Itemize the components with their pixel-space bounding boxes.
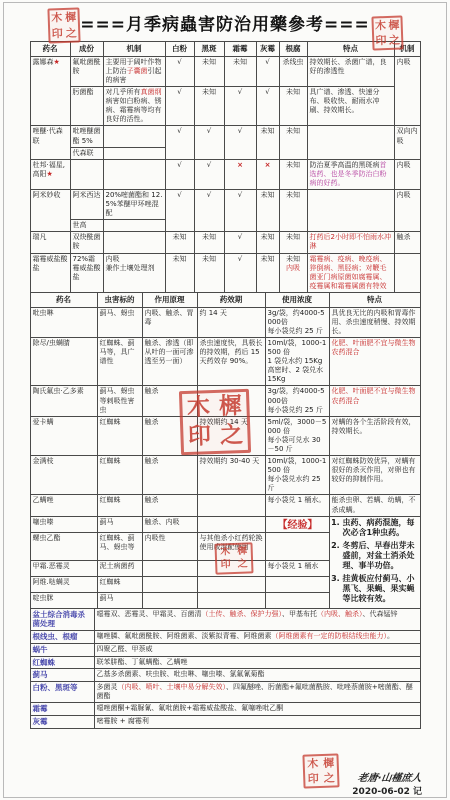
disease-header-cell: 机制 bbox=[103, 42, 165, 57]
disease-cell: 未知 bbox=[256, 232, 279, 253]
seal-character: 木 bbox=[304, 756, 321, 772]
text-segment: 多菌灵 bbox=[97, 683, 118, 691]
disease-cell: 霜霉病、疫病、晚疫病、猝倒病、黑胫病；对鞭毛菌亚门病原菌如腐霉属、疫霉属和霜霉属… bbox=[307, 253, 394, 292]
seal-character: 樨 bbox=[387, 18, 401, 33]
text-segment: 、甲基布托 bbox=[282, 610, 317, 618]
disease-cell bbox=[70, 159, 103, 189]
disease-cell bbox=[103, 220, 165, 232]
disease-cell bbox=[307, 126, 394, 159]
text-segment: 噁霉双、恶霉灵、甲霜灵、百菌清 bbox=[97, 610, 202, 618]
text-segment: （土传、触杀、保护力强） bbox=[202, 610, 283, 618]
disease-cell bbox=[307, 189, 394, 231]
disease-cell: 内吸 兼作土壤处理剂 bbox=[103, 253, 165, 292]
text-segment: 联苯肼酯、丁氟螨酯、乙螨唑 bbox=[97, 658, 188, 666]
text-segment: （阿维菌素有一定的防根结线虫能力） bbox=[272, 632, 388, 640]
text-segment: 打药后2小时即不怕雨水冲淋 bbox=[310, 233, 391, 250]
disease-cell bbox=[103, 126, 165, 147]
disease-cell: 未知 bbox=[279, 189, 307, 231]
insect-cell: 红蜘蛛、蓟马、蚜虫等 bbox=[97, 532, 142, 560]
text-segment: 病害如白粉病、锈病、霜霉病等均有良好的活性。 bbox=[106, 97, 162, 123]
disease-cell: 72%霜霉威盐酸盐 bbox=[70, 253, 103, 292]
disease-cell: 双炔酰菌胺 bbox=[70, 232, 103, 253]
insect-cell bbox=[142, 576, 197, 592]
insect-cell: 化肥、叶面肥不宜与微生物农药混合 bbox=[329, 386, 420, 416]
disease-cell: 主要用于阔叶作物上防治子囊菌引起的病害 bbox=[103, 56, 165, 86]
experience-label: 【经验】 bbox=[278, 519, 318, 532]
insect-cell bbox=[265, 576, 329, 592]
disease-cell: 露娜森★ bbox=[30, 56, 70, 126]
insect-cell: 红蜘蛛 bbox=[97, 456, 142, 495]
disease-cell: 代森联 bbox=[70, 147, 103, 159]
disease-cell: 杀线虫 bbox=[279, 56, 307, 86]
disease-cell: 持效期长、杀菌广谱，良好的渗透性 bbox=[307, 56, 394, 86]
disease-cell: 未知 bbox=[279, 232, 307, 253]
insect-cell: 啶虫脒 bbox=[30, 592, 97, 608]
insect-header-cell: 药名 bbox=[30, 292, 97, 307]
disease-cell: 唑醚·代森联 bbox=[30, 126, 70, 159]
text-segment: 四聚乙醛、甲萘威 bbox=[97, 645, 153, 653]
quick-ref-row-3: 蜗牛四聚乙醛、甲萘威 bbox=[30, 643, 420, 656]
text-segment: 嘧霉胺 + 腐霉利 bbox=[97, 717, 149, 725]
red-seal-stamp-top-left: 木樨印之 bbox=[47, 7, 80, 43]
disease-table-header: 药名成份机制白粉黑斑霜霉灰霉根腐特点机制 bbox=[30, 42, 420, 57]
quick-ref-row-4: 红蜘蛛联苯肼酯、丁氟螨酯、乙螨唑 bbox=[30, 656, 420, 669]
disease-cell bbox=[103, 147, 165, 159]
disease-cell: 打药后2小时即不怕雨水冲淋 bbox=[307, 232, 394, 253]
quick-ref-content: 乙基多杀菌素、呋虫胺、吡虫啉、噻虫嗪、氯氟氰菊酯 bbox=[94, 669, 420, 682]
seal-character: 之 bbox=[215, 421, 248, 451]
text-segment: ★ bbox=[54, 58, 60, 66]
disease-cell: 未知 bbox=[194, 87, 224, 126]
seal-character: 木 bbox=[373, 18, 387, 33]
quick-ref-row-8: 灰霉嘧霉胺 + 腐霉利 bbox=[30, 716, 420, 729]
quick-ref-label: 白粉、黑斑等 bbox=[30, 682, 94, 703]
insect-header-cell: 特点 bbox=[329, 292, 420, 307]
insect-cell: 每小袋兑 1 桶水。 bbox=[265, 495, 329, 516]
seal-character: 之 bbox=[388, 33, 402, 48]
insect-cell: 蓟马、蚜虫等刺吸性害虫 bbox=[97, 386, 142, 416]
disease-cell: 未知 内吸 bbox=[279, 253, 307, 292]
quick-ref-label: 根线虫、根瘤 bbox=[30, 631, 94, 644]
quick-ref-row-1: 盆土综合消毒杀菌处理噁霉双、恶霉灵、甲霜灵、百菌清（土传、触杀、保护力强）、甲基… bbox=[30, 608, 420, 631]
insect-cell: 触杀 bbox=[142, 456, 197, 495]
disease-cell: 未知 bbox=[194, 253, 224, 292]
quick-ref-label: 灰霉 bbox=[30, 716, 94, 729]
disease-row-6: 阿米妙收阿米西达20%嘧菌酯和 12.5%苯醚甲环唑混配√√√未知未知内吸 bbox=[30, 189, 420, 219]
insect-cell: 金满枝 bbox=[30, 456, 97, 495]
insect-row-6: 乙螨唑红蜘蛛触杀每小袋兑 1 桶水。能杀虫卵、若螨、幼螨，不杀成螨。 bbox=[30, 495, 420, 516]
insect-cell: 持效期约 30-40 天 bbox=[197, 456, 265, 495]
disease-cell: 未知 bbox=[194, 232, 224, 253]
disease-cell: √ bbox=[194, 159, 224, 189]
seal-character: 木 bbox=[49, 10, 64, 26]
red-seal-stamp-middle: 木樨印之 bbox=[214, 542, 253, 574]
disease-cell: × bbox=[224, 159, 256, 189]
seal-character: 印 bbox=[50, 26, 65, 42]
seal-character: 樨 bbox=[63, 10, 78, 26]
text-segment: 。 bbox=[387, 632, 394, 640]
insect-cell: 3g/袋，约4000-5000倍 每小袋兑约 25 斤 bbox=[265, 386, 329, 416]
disease-cell: 杜邦·福星, 高阳★ bbox=[30, 159, 70, 189]
insect-cell: 内吸性 bbox=[142, 532, 197, 560]
disease-cell: √ bbox=[224, 253, 256, 292]
disease-cell: √ bbox=[194, 189, 224, 231]
quick-ref-row-2: 根线虫、根瘤噻唑膦、氟吡菌酰胺、阿维菌素、淡紫拟青霉、阿维菌素（阿维菌素有一定的… bbox=[30, 631, 420, 644]
insect-cell: 约 14 天 bbox=[197, 307, 265, 337]
quick-ref-row-7: 霜霉噁唑菌酮+霜脲氰、氟吡菌胺+霜霉威盐酸盐、氟噻唑吡乙酮 bbox=[30, 703, 420, 716]
text-segment: （内吸、触杀） bbox=[317, 610, 363, 618]
disease-cell: 对几乎所有真菌纲病害如白粉病、锈病、霜霉病等均有良好的活性。 bbox=[103, 87, 165, 126]
disease-cell: 未知 bbox=[224, 56, 256, 86]
insect-cell: 红蜘蛛、蓟马等，具广谱性 bbox=[97, 337, 142, 385]
insect-header-cell: 使用浓度 bbox=[265, 292, 329, 307]
disease-cell: 未知 bbox=[165, 253, 194, 292]
insect-cell bbox=[197, 495, 265, 516]
disease-cell: 未知 bbox=[165, 232, 194, 253]
insect-cell: 触杀、内吸 bbox=[142, 516, 197, 532]
text-segment: 噁唑菌酮+霜脲氰、氟吡菌胺+霜霉威盐酸盐、氟噻唑吡乙酮 bbox=[97, 704, 284, 712]
disease-row-9: 霜霉威盐酸盐72%霜霉威盐酸盐内吸 兼作土壤处理剂未知未知√未知未知 内吸霜霉病… bbox=[30, 253, 420, 292]
quick-reference-table: 盆土综合消毒杀菌处理噁霉双、恶霉灵、甲霜灵、百菌清（土传、触杀、保护力强）、甲基… bbox=[30, 608, 421, 729]
seal-character: 之 bbox=[234, 558, 251, 572]
insect-cell bbox=[197, 576, 265, 592]
insect-cell bbox=[197, 592, 265, 608]
text-segment: 子囊菌 bbox=[127, 67, 148, 75]
insect-cell: 噻虫嗪 bbox=[30, 516, 97, 532]
disease-cell: √ bbox=[165, 159, 194, 189]
text-segment: 乙基多杀菌素、呋虫胺、吡虫啉、噻虫嗪、氯氟氰菊酯 bbox=[97, 670, 265, 678]
disease-cell: √ bbox=[165, 126, 194, 159]
quick-ref-content: 噁唑菌酮+霜脲氰、氟吡菌胺+霜霉威盐酸盐、氟噻唑吡乙酮 bbox=[94, 703, 420, 716]
seal-character: 樨 bbox=[214, 392, 247, 422]
insect-cell: 触杀、渗透（即从叶的一面可渗透至另一面） bbox=[142, 337, 197, 385]
disease-cell: 内吸 bbox=[394, 159, 420, 189]
insect-cell: 阿维.哒螨灵 bbox=[30, 576, 97, 592]
text-segment: 对几乎所有 bbox=[106, 88, 141, 96]
footer-signature-block: 老唐·山槿庶人 2020-06-02 记 bbox=[352, 769, 422, 797]
disease-cell bbox=[103, 232, 165, 253]
red-seal-stamp-bottom: 木樨印之 bbox=[302, 753, 339, 788]
signature-date: 2020-06-02 记 bbox=[352, 784, 422, 797]
insect-cell: 红蜘蛛 bbox=[97, 416, 142, 455]
seal-character: 印 bbox=[183, 422, 216, 452]
disease-header-cell: 白粉 bbox=[165, 42, 194, 57]
experience-item: 冬剪后、早春出芽未盛前，对盆土消杀处理、事半功倍。 bbox=[343, 541, 418, 571]
insect-cell: 【经验】虫药、病药混施，每次必含1种虫药。冬剪后、早春出芽未盛前，对盆土消杀处理… bbox=[329, 516, 420, 608]
insect-cell: 5ml/袋，3000－5000 倍 每小袋可兑水 30－50 斤 bbox=[265, 416, 329, 455]
text-segment: （内吸、喷叶、土壤中易分解失效） bbox=[118, 683, 227, 691]
seal-character: 印 bbox=[374, 33, 388, 48]
disease-medication-table: 药名成份机制白粉黑斑霜霉灰霉根腐特点机制 露娜森★氟吡菌酰胺主要用于阔叶作物上防… bbox=[30, 41, 421, 293]
insect-cell bbox=[265, 592, 329, 608]
disease-cell: 未知 bbox=[256, 253, 279, 292]
insect-header-row: 药名虫害标的作用原理药效期使用浓度特点 bbox=[30, 292, 420, 307]
disease-cell: √ bbox=[165, 87, 194, 126]
disease-cell: 氟吡菌酰胺 bbox=[70, 56, 103, 86]
insect-cell: 10ml/袋，1000-1500 倍 每小袋兑水约 25 斤 bbox=[265, 456, 329, 495]
text-segment: 真菌纲 bbox=[141, 88, 162, 96]
disease-cell: √ bbox=[224, 126, 256, 159]
insect-cell bbox=[142, 560, 197, 576]
disease-cell: 未知 bbox=[256, 189, 279, 231]
quick-ref-label: 蜗牛 bbox=[30, 643, 94, 656]
text-segment: 未知 bbox=[286, 255, 300, 263]
disease-header-cell: 药名 bbox=[30, 42, 70, 57]
insect-header-cell: 作用原理 bbox=[142, 292, 197, 307]
insect-cell: 蓟马 bbox=[97, 592, 142, 608]
insect-cell: 红蜘蛛 bbox=[97, 495, 142, 516]
disease-cell: 未知 bbox=[194, 56, 224, 86]
text-segment: 化肥、叶面肥不宜与微生物农药混合 bbox=[332, 339, 416, 356]
insect-cell: 除尽/虫螨腈 bbox=[30, 337, 97, 385]
disease-header-row: 药名成份机制白粉黑斑霜霉灰霉根腐特点机制 bbox=[30, 42, 420, 57]
insect-cell: 螺虫乙酯 bbox=[30, 532, 97, 560]
insect-cell: 10ml/袋，1000-1500 倍 1 袋兑水约 15Kg 高密时、2 袋兑水… bbox=[265, 337, 329, 385]
red-seal-stamp-center: 木樨印之 bbox=[179, 389, 251, 455]
quick-ref-content: 四聚乙醛、甲萘威 bbox=[94, 643, 420, 656]
disease-header-cell: 成份 bbox=[70, 42, 103, 57]
quick-ref-content: 噁霉双、恶霉灵、甲霜灵、百菌清（土传、触杀、保护力强）、甲基布托（内吸、触杀）、… bbox=[94, 608, 420, 631]
insect-row-5: 金满枝红蜘蛛触杀持效期约 30-40 天10ml/袋，1000-1500 倍 每… bbox=[30, 456, 420, 495]
disease-cell: 阿米妙收 bbox=[30, 189, 70, 231]
insect-row-1: 吡虫啉蓟马、蚜虫内吸、触杀、胃毒约 14 天3g/袋，约4000-5000倍 每… bbox=[30, 307, 420, 337]
experience-item: 挂黄板应付蓟马、小黑飞、果蝇、果实蝇等比较有效。 bbox=[343, 574, 418, 604]
insect-cell: 甲霜.恶霉灵 bbox=[30, 560, 97, 576]
insect-cell: 具优良无比的内吸和胃毒作用、杀虫速度稍慢、持效期长。 bbox=[329, 307, 420, 337]
disease-cell: 具广谱、渗透、快速分布、吸收快、耐雨水冲刷、持效期长。 bbox=[307, 87, 394, 126]
disease-header-cell: 霜霉 bbox=[224, 42, 256, 57]
text-segment: 噻唑膦、氟吡菌酰胺、阿维菌素、淡紫拟青霉、阿维菌素 bbox=[97, 632, 272, 640]
handwritten-signature: 老唐·山槿庶人 bbox=[351, 769, 423, 784]
disease-row-8: 瑞凡双炔酰菌胺未知未知√未知未知打药后2小时即不怕雨水冲淋触杀 bbox=[30, 232, 420, 253]
disease-cell: 双向内吸 bbox=[394, 126, 420, 159]
disease-cell: 未知 bbox=[256, 126, 279, 159]
disease-cell: 未知 bbox=[279, 126, 307, 159]
disease-cell: 霜霉威盐酸盐 bbox=[30, 253, 70, 292]
text-segment: 霜霉病、疫病、晚疫病、猝倒病、黑胫病；对鞭毛菌亚门病原菌如腐霉属、疫霉属和霜霉属… bbox=[310, 255, 387, 290]
disease-header-cell: 黑斑 bbox=[194, 42, 224, 57]
insect-cell: 红蜘蛛 bbox=[97, 576, 142, 592]
quick-ref-content: 噻唑膦、氟吡菌酰胺、阿维菌素、淡紫拟青霉、阿维菌素（阿维菌素有一定的防根结线虫能… bbox=[94, 631, 420, 644]
insect-cell: 吡虫啉 bbox=[30, 307, 97, 337]
seal-character: 之 bbox=[321, 770, 338, 786]
disease-cell bbox=[394, 253, 420, 292]
insect-cell: 陶氏氟虫·乙多素 bbox=[30, 386, 97, 416]
disease-row-3: 唑醚·代森联吡唑醚菌酯 5%√√√未知未知双向内吸 bbox=[30, 126, 420, 147]
seal-character: 之 bbox=[64, 25, 79, 41]
quick-ref-label: 霜霉 bbox=[30, 703, 94, 716]
quick-ref-row-5: 蓟马乙基多杀菌素、呋虫胺、吡虫啉、噻虫嗪、氯氟氰菊酯 bbox=[30, 669, 420, 682]
experience-list: 虫药、病药混施，每次必含1种虫药。冬剪后、早春出芽未盛前，对盆土消杀处理、事半功… bbox=[332, 518, 418, 604]
disease-cell: √ bbox=[256, 87, 279, 126]
disease-cell bbox=[103, 159, 165, 189]
disease-cell: √ bbox=[194, 126, 224, 159]
disease-cell: 肟菌酯 bbox=[70, 87, 103, 126]
disease-cell: √ bbox=[224, 189, 256, 231]
disease-cell: 世高 bbox=[70, 220, 103, 232]
disease-cell: √ bbox=[165, 56, 194, 86]
text-segment: 化肥、叶面肥不宜与微生物农药混合 bbox=[332, 387, 416, 404]
disease-cell: 瑞凡 bbox=[30, 232, 70, 253]
disease-header-cell: 根腐 bbox=[279, 42, 307, 57]
seal-character: 印 bbox=[305, 771, 322, 787]
red-seal-stamp-top-right: 木樨印之 bbox=[371, 15, 403, 50]
quick-ref-content: 多菌灵（内吸、喷叶、土壤中易分解失效）、四氟醚唑、肟菌酯+氟吡菌酰胺、吡唑萘菌胺… bbox=[94, 682, 420, 703]
insect-cell: 蓟马、蚜虫 bbox=[97, 307, 142, 337]
insect-row-2: 除尽/虫螨腈红蜘蛛、蓟马等，具广谱性触杀、渗透（即从叶的一面可渗透至另一面）杀虫… bbox=[30, 337, 420, 385]
seal-character: 印 bbox=[217, 559, 234, 573]
disease-cell: √ bbox=[256, 56, 279, 86]
insect-cell: 乙螨唑 bbox=[30, 495, 97, 516]
insect-row-7: 噻虫嗪蓟马触杀、内吸【经验】虫药、病药混施，每次必含1种虫药。冬剪后、早春出芽未… bbox=[30, 516, 420, 532]
disease-cell: √ bbox=[224, 232, 256, 253]
disease-cell: √ bbox=[224, 87, 256, 126]
insect-table-header: 药名虫害标的作用原理药效期使用浓度特点 bbox=[30, 292, 420, 307]
insect-cell: 杀虫速度快，具极长的持效期，药后 15天药效存 90%。 bbox=[197, 337, 265, 385]
disease-cell: 防治夏季高温的黑斑病首选药、也是冬季防治白粉病的好药。 bbox=[307, 159, 394, 189]
text-segment: 内吸 bbox=[286, 264, 300, 272]
disease-cell: 阿米西达 bbox=[70, 189, 103, 219]
insect-cell: 触杀 bbox=[142, 495, 197, 516]
insect-cell bbox=[197, 516, 265, 532]
insect-cell bbox=[142, 592, 197, 608]
insect-cell: 对螨的各个生活阶段有效，持效期长。 bbox=[329, 416, 420, 455]
disease-header-cell: 灰霉 bbox=[256, 42, 279, 57]
text-segment: ★ bbox=[47, 170, 53, 178]
disease-cell: 20%嘧菌酯和 12.5%苯醚甲环唑混配 bbox=[103, 189, 165, 219]
insect-cell: 能杀虫卵、若螨、幼螨，不杀成螨。 bbox=[329, 495, 420, 516]
insect-header-cell: 虫害标的 bbox=[97, 292, 142, 307]
disease-row-1: 露娜森★氟吡菌酰胺主要用于阔叶作物上防治子囊菌引起的病害√未知未知√杀线虫持效期… bbox=[30, 56, 420, 86]
disease-cell: 未知 bbox=[279, 87, 307, 126]
insect-cell: 化肥、叶面肥不宜与微生物农药混合 bbox=[329, 337, 420, 385]
quick-ref-label: 蓟马 bbox=[30, 669, 94, 682]
quick-ref-label: 盆土综合消毒杀菌处理 bbox=[30, 608, 94, 631]
seal-character: 樨 bbox=[234, 544, 251, 558]
insect-cell bbox=[265, 532, 329, 560]
text-segment: 露娜森 bbox=[33, 58, 54, 66]
disease-row-2: 肟菌酯对几乎所有真菌纲病害如白粉病、锈病、霜霉病等均有良好的活性。√未知√√未知… bbox=[30, 87, 420, 126]
text-segment: 防治夏季高温的黑斑病 bbox=[310, 161, 380, 169]
seal-character: 木 bbox=[182, 393, 215, 423]
insect-cell: 蓟马 bbox=[97, 516, 142, 532]
disease-cell: √ bbox=[165, 189, 194, 231]
experience-item: 虫药、病药混施，每次必含1种虫药。 bbox=[343, 518, 418, 538]
quick-ref-label: 红蜘蛛 bbox=[30, 656, 94, 669]
disease-cell: 吡唑醚菌酯 5% bbox=[70, 126, 103, 147]
insect-cell: 爱卡螨 bbox=[30, 416, 97, 455]
insect-header-cell: 药效期 bbox=[197, 292, 265, 307]
seal-character: 樨 bbox=[320, 755, 337, 771]
disease-cell: × bbox=[256, 159, 279, 189]
quick-ref-content: 嘧霉胺 + 腐霉利 bbox=[94, 716, 420, 729]
insect-cell: 每小袋兑 1 桶水 bbox=[265, 560, 329, 576]
quick-ref-content: 联苯肼酯、丁氟螨酯、乙螨唑 bbox=[94, 656, 420, 669]
text-segment: 、代森锰锌 bbox=[363, 610, 398, 618]
disease-row-5: 杜邦·福星, 高阳★√√××未知防治夏季高温的黑斑病首选药、也是冬季防治白粉病的… bbox=[30, 159, 420, 189]
insect-cell: 泥土病菌药 bbox=[97, 560, 142, 576]
insect-cell: 3g/袋，约4000-5000倍 每小袋兑约 25 斤 bbox=[265, 307, 329, 337]
quick-ref-row-6: 白粉、黑斑等多菌灵（内吸、喷叶、土壤中易分解失效）、四氟醚唑、肟菌酯+氟吡菌酰胺… bbox=[30, 682, 420, 703]
seal-character: 木 bbox=[217, 545, 234, 559]
disease-cell: 触杀 bbox=[394, 232, 420, 253]
disease-cell: 未知 bbox=[279, 159, 307, 189]
insect-cell: 对红蜘蛛防效优异，对螨有很好的杀灭作用，对卵也有较好的抑制作用。 bbox=[329, 456, 420, 495]
disease-cell: 内吸 bbox=[394, 56, 420, 126]
insect-cell: 内吸、触杀、胃毒 bbox=[142, 307, 197, 337]
disease-cell: 内吸 bbox=[394, 189, 420, 231]
